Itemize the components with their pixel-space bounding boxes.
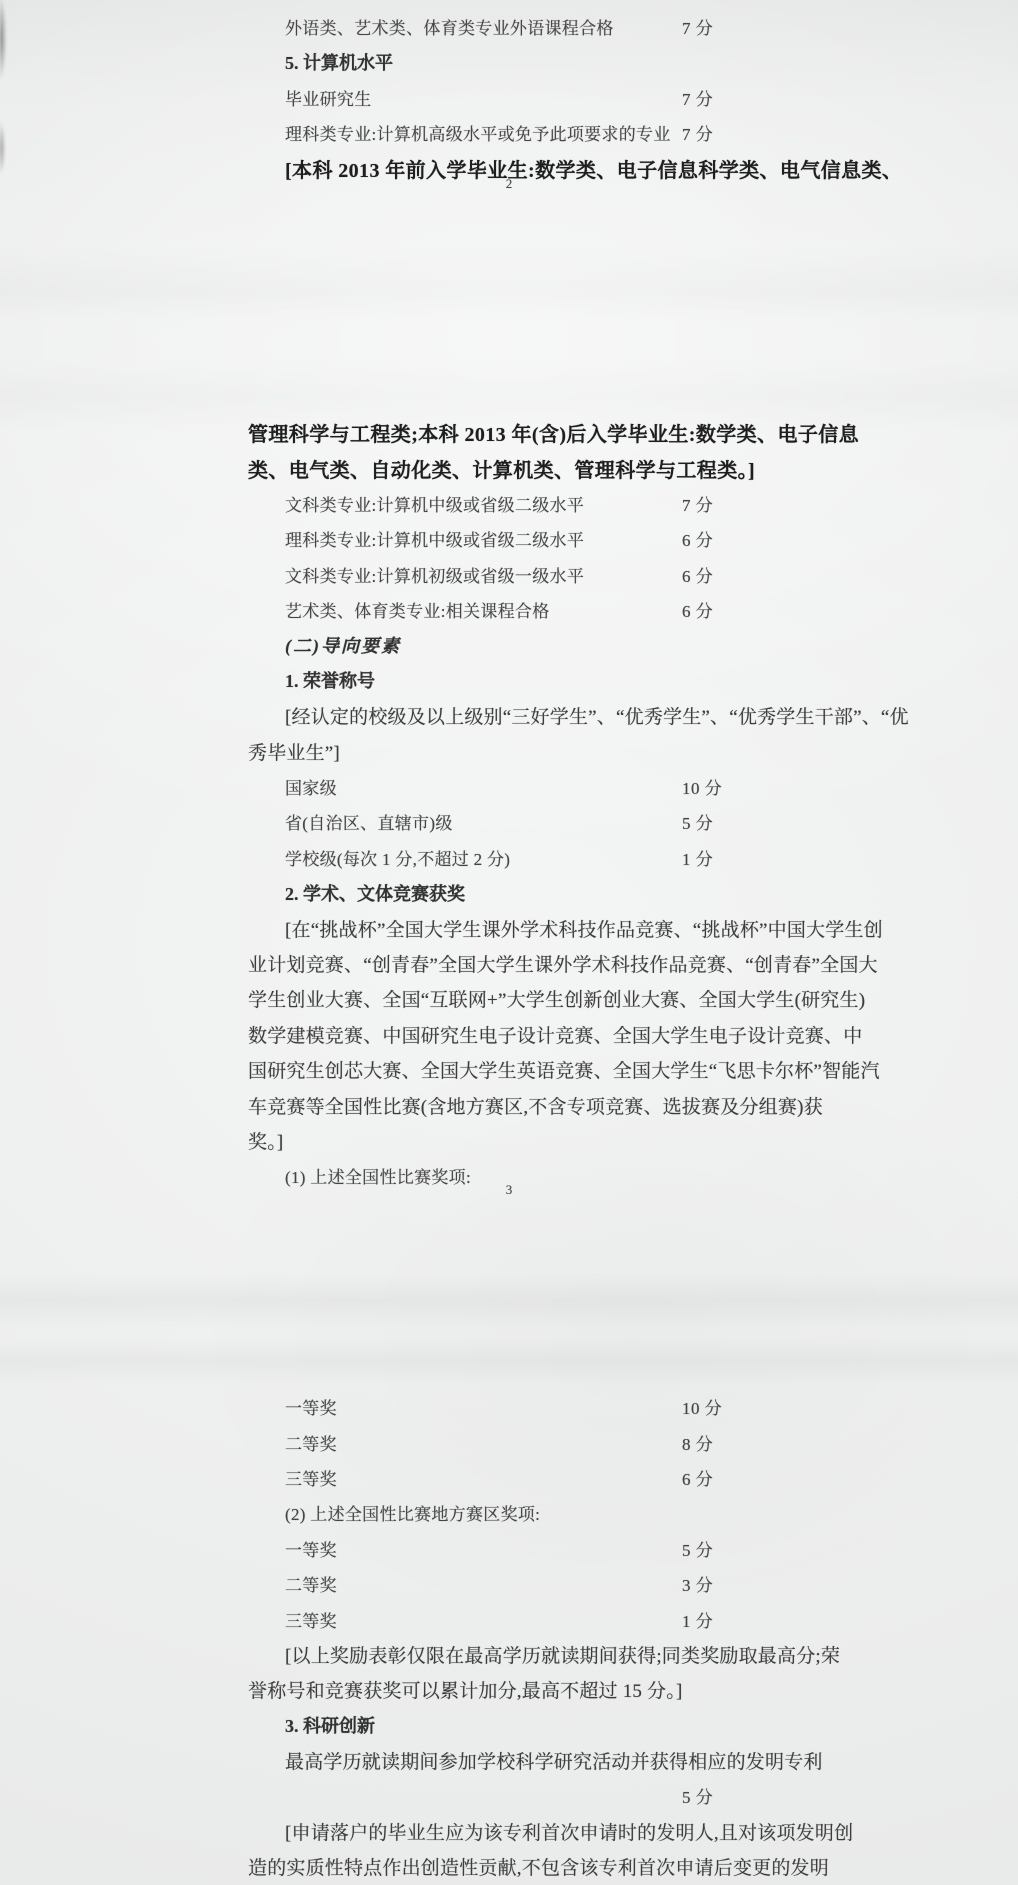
line-text: [申请落户的毕业生应为该专利首次申请时的发明人,且对该项发明创 xyxy=(285,1818,853,1845)
document-line: 3. 科研创新 xyxy=(0,1708,1018,1743)
line-text: 誉称号和竞赛获奖可以累计加分,最高不超过 15 分。] xyxy=(248,1676,682,1703)
line-text: 最高学历就读期间参加学校科学研究活动并获得相应的发明专利 xyxy=(285,1747,823,1774)
line-text: 文科类专业:计算机中级或省级二级水平 xyxy=(285,491,584,516)
line-text: 三等奖 xyxy=(285,1465,337,1490)
scanned-document-photo: { "document": { "kind_note": "扫描的加分落户政策文… xyxy=(0,0,1018,1885)
line-text: 造的实质性特点作出创造性贡献,不包含该专利首次申请后变更的发明 xyxy=(248,1853,829,1880)
line-text: 理科类专业:计算机高级水平或免予此项要求的专业 xyxy=(285,120,671,145)
line-text: 毕业研究生 xyxy=(285,85,372,110)
line-score: 1 分 xyxy=(682,845,713,870)
line-text: 秀毕业生”] xyxy=(248,738,340,765)
line-text: 一等奖 xyxy=(285,1394,337,1419)
line-text: 1. 荣誉称号 xyxy=(285,667,375,693)
line-score: 5 分 xyxy=(682,1536,713,1561)
document-line: 外语类、艺术类、体育类专业外语课程合格7 分 xyxy=(0,9,1018,44)
line-text: [以上奖励表彰仅限在最高学历就读期间获得;同类奖励取最高分;荣 xyxy=(285,1641,840,1668)
line-text: 国家级 xyxy=(285,774,337,799)
document-line: 1. 荣誉称号 xyxy=(0,663,1018,698)
line-text: 车竞赛等全国性比赛(含地方赛区,不含专项竞赛、选拔赛及分组赛)获 xyxy=(248,1092,823,1119)
line-text: 学生创业大赛、全国“互联网+”大学生创新创业大赛、全国大学生(研究生) xyxy=(248,985,865,1012)
document-line: 毕业研究生7 分 xyxy=(0,80,1018,115)
line-text: 外语类、艺术类、体育类专业外语课程合格 xyxy=(285,14,614,39)
document-line: 最高学历就读期间参加学校科学研究活动并获得相应的发明专利 xyxy=(0,1743,1018,1778)
document-line: 一等奖5 分 xyxy=(0,1531,1018,1566)
document-line: 管理科学与工程类;本科 2013 年(含)后入学毕业生:数学类、电子信息 xyxy=(0,415,1018,450)
document-line: 理科类专业:计算机中级或省级二级水平6 分 xyxy=(0,521,1018,556)
line-score: 8 分 xyxy=(682,1430,713,1455)
line-text: 管理科学与工程类;本科 2013 年(含)后入学毕业生:数学类、电子信息 xyxy=(248,418,859,447)
line-score: 6 分 xyxy=(682,562,713,587)
line-text: 理科类专业:计算机中级或省级二级水平 xyxy=(285,526,584,551)
line-text: [经认定的校级及以上级别“三好学生”、“优秀学生”、“优秀学生干部”、“优 xyxy=(285,702,909,729)
line-text: 学校级(每次 1 分,不超过 2 分) xyxy=(285,845,510,870)
document-line: [经认定的校级及以上级别“三好学生”、“优秀学生”、“优秀学生干部”、“优 xyxy=(0,698,1018,733)
line-text: 类、电气类、自动化类、计算机类、管理科学与工程类。] xyxy=(248,454,755,483)
document-line: 三等奖1 分 xyxy=(0,1601,1018,1636)
line-text: 5. 计算机水平 xyxy=(285,49,393,75)
line-text: 省(自治区、直辖市)级 xyxy=(285,809,453,834)
line-text: 数学建模竞赛、中国研究生电子设计竞赛、全国大学生电子设计竞赛、中 xyxy=(248,1021,862,1048)
page-3-lines: 管理科学与工程类;本科 2013 年(含)后入学毕业生:数学类、电子信息类、电气… xyxy=(0,415,1018,1194)
document-line: (2) 上述全国性比赛地方赛区奖项: xyxy=(0,1495,1018,1530)
line-score: 7 分 xyxy=(682,120,713,145)
page-4-fragment: 一等奖10 分二等奖8 分三等奖6 分(2) 上述全国性比赛地方赛区奖项:一等奖… xyxy=(0,1389,1018,1884)
line-text: 3. 科研创新 xyxy=(285,1712,375,1738)
line-text: (二)导向要素 xyxy=(285,632,401,658)
line-score: 3 分 xyxy=(682,1571,713,1596)
document-line: 誉称号和竞赛获奖可以累计加分,最高不超过 15 分。] xyxy=(0,1672,1018,1707)
document-line: 二等奖3 分 xyxy=(0,1566,1018,1601)
document-line: 5. 计算机水平 xyxy=(0,44,1018,79)
line-score: 7 分 xyxy=(682,491,713,516)
line-score: 6 分 xyxy=(682,597,713,622)
document-line: [申请落户的毕业生应为该专利首次申请时的发明人,且对该项发明创 xyxy=(0,1814,1018,1849)
line-score: 6 分 xyxy=(682,1465,713,1490)
page-4-lines: 一等奖10 分二等奖8 分三等奖6 分(2) 上述全国性比赛地方赛区奖项:一等奖… xyxy=(0,1389,1018,1884)
line-score: 5 分 xyxy=(682,1783,713,1808)
document-line: 文科类专业:计算机初级或省级一级水平6 分 xyxy=(0,557,1018,592)
document-line: 文科类专业:计算机中级或省级二级水平7 分 xyxy=(0,486,1018,521)
page-number: 2 xyxy=(0,176,1018,192)
document-line: 车竞赛等全国性比赛(含地方赛区,不含专项竞赛、选拔赛及分组赛)获 xyxy=(0,1087,1018,1122)
document-line: 三等奖6 分 xyxy=(0,1460,1018,1495)
document-line: 秀毕业生”] xyxy=(0,734,1018,769)
line-text: 国研究生创芯大赛、全国大学生英语竞赛、全国大学生“飞思卡尔杯”智能汽 xyxy=(248,1056,880,1083)
line-text: 文科类专业:计算机初级或省级一级水平 xyxy=(285,562,584,587)
line-text: 二等奖 xyxy=(285,1571,337,1596)
document-line: 业计划竞赛、“创青春”全国大学生课外学术科技作品竞赛、“创青春”全国大 xyxy=(0,946,1018,981)
document-line: 学校级(每次 1 分,不超过 2 分)1 分 xyxy=(0,840,1018,875)
page-2-lines: 外语类、艺术类、体育类专业外语课程合格7 分5. 计算机水平毕业研究生7 分理科… xyxy=(0,9,1018,186)
document-line: 2. 学术、文体竞赛获奖 xyxy=(0,875,1018,910)
line-text: 三等奖 xyxy=(285,1607,337,1632)
line-text: [在“挑战杯”全国大学生课外学术科技作品竞赛、“挑战杯”中国大学生创 xyxy=(285,915,883,942)
page-2-fragment: 外语类、艺术类、体育类专业外语课程合格7 分5. 计算机水平毕业研究生7 分理科… xyxy=(0,9,1018,186)
line-score: 10 分 xyxy=(682,774,722,799)
document-line: (二)导向要素 xyxy=(0,627,1018,662)
document-line: 类、电气类、自动化类、计算机类、管理科学与工程类。] xyxy=(0,450,1018,485)
document-line: 国研究生创芯大赛、全国大学生英语竞赛、全国大学生“飞思卡尔杯”智能汽 xyxy=(0,1052,1018,1087)
line-score: 10 分 xyxy=(682,1394,722,1419)
line-text: 2. 学术、文体竞赛获奖 xyxy=(285,880,465,906)
document-line: 理科类专业:计算机高级水平或免予此项要求的专业7 分 xyxy=(0,115,1018,150)
document-line: 国家级10 分 xyxy=(0,769,1018,804)
page-3-fragment: 管理科学与工程类;本科 2013 年(含)后入学毕业生:数学类、电子信息类、电气… xyxy=(0,415,1018,1194)
document-line: 奖。] xyxy=(0,1123,1018,1158)
document-line: 艺术类、体育类专业:相关课程合格6 分 xyxy=(0,592,1018,627)
line-score: 1 分 xyxy=(682,1607,713,1632)
document-line: 省(自治区、直辖市)级5 分 xyxy=(0,804,1018,839)
document-line: 5 分 xyxy=(0,1778,1018,1813)
line-text: 奖。] xyxy=(248,1127,283,1154)
line-text: 一等奖 xyxy=(285,1536,337,1561)
document-line: 造的实质性特点作出创造性贡献,不包含该专利首次申请后变更的发明 xyxy=(0,1849,1018,1884)
line-text: 二等奖 xyxy=(285,1430,337,1455)
page-number: 3 xyxy=(0,1182,1018,1198)
line-score: 7 分 xyxy=(682,85,713,110)
document-line: 一等奖10 分 xyxy=(0,1389,1018,1424)
document-line: [在“挑战杯”全国大学生课外学术科技作品竞赛、“挑战杯”中国大学生创 xyxy=(0,910,1018,945)
document-line: [以上奖励表彰仅限在最高学历就读期间获得;同类奖励取最高分;荣 xyxy=(0,1637,1018,1672)
line-text: (2) 上述全国性比赛地方赛区奖项: xyxy=(285,1500,540,1525)
line-score: 6 分 xyxy=(682,526,713,551)
line-score: 5 分 xyxy=(682,809,713,834)
document-line: 二等奖8 分 xyxy=(0,1424,1018,1459)
document-line: 数学建模竞赛、中国研究生电子设计竞赛、全国大学生电子设计竞赛、中 xyxy=(0,1017,1018,1052)
line-text: 艺术类、体育类专业:相关课程合格 xyxy=(285,597,550,622)
document-line: 学生创业大赛、全国“互联网+”大学生创新创业大赛、全国大学生(研究生) xyxy=(0,981,1018,1016)
line-text: 业计划竞赛、“创青春”全国大学生课外学术科技作品竞赛、“创青春”全国大 xyxy=(248,950,878,977)
line-score: 7 分 xyxy=(682,14,713,39)
